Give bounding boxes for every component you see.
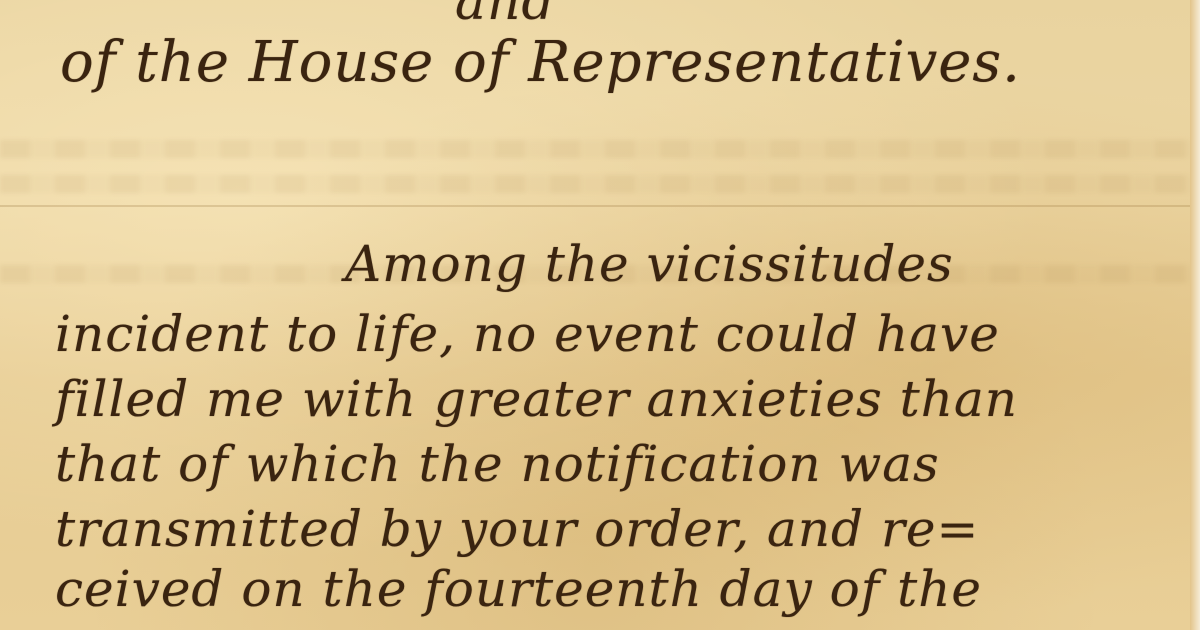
body-line: incident to life, no event could have (55, 305, 1000, 363)
bleed-through-ink (0, 175, 1190, 193)
heading-line: and (455, 0, 556, 32)
body-line: transmitted by your order, and re= (55, 500, 979, 558)
paper-fold-line (0, 205, 1190, 207)
body-line: ceived on the fourteenth day of the (55, 560, 982, 618)
manuscript-page: and of the House of Representatives. Amo… (0, 0, 1190, 630)
body-line: filled me with greater anxieties than (55, 370, 1018, 428)
heading-line: of the House of Representatives. (60, 30, 1021, 95)
body-line: that of which the notification was (55, 435, 940, 493)
bleed-through-ink (0, 140, 1190, 158)
page-edge (1190, 0, 1200, 630)
body-line: Among the vicissitudes (345, 235, 954, 293)
